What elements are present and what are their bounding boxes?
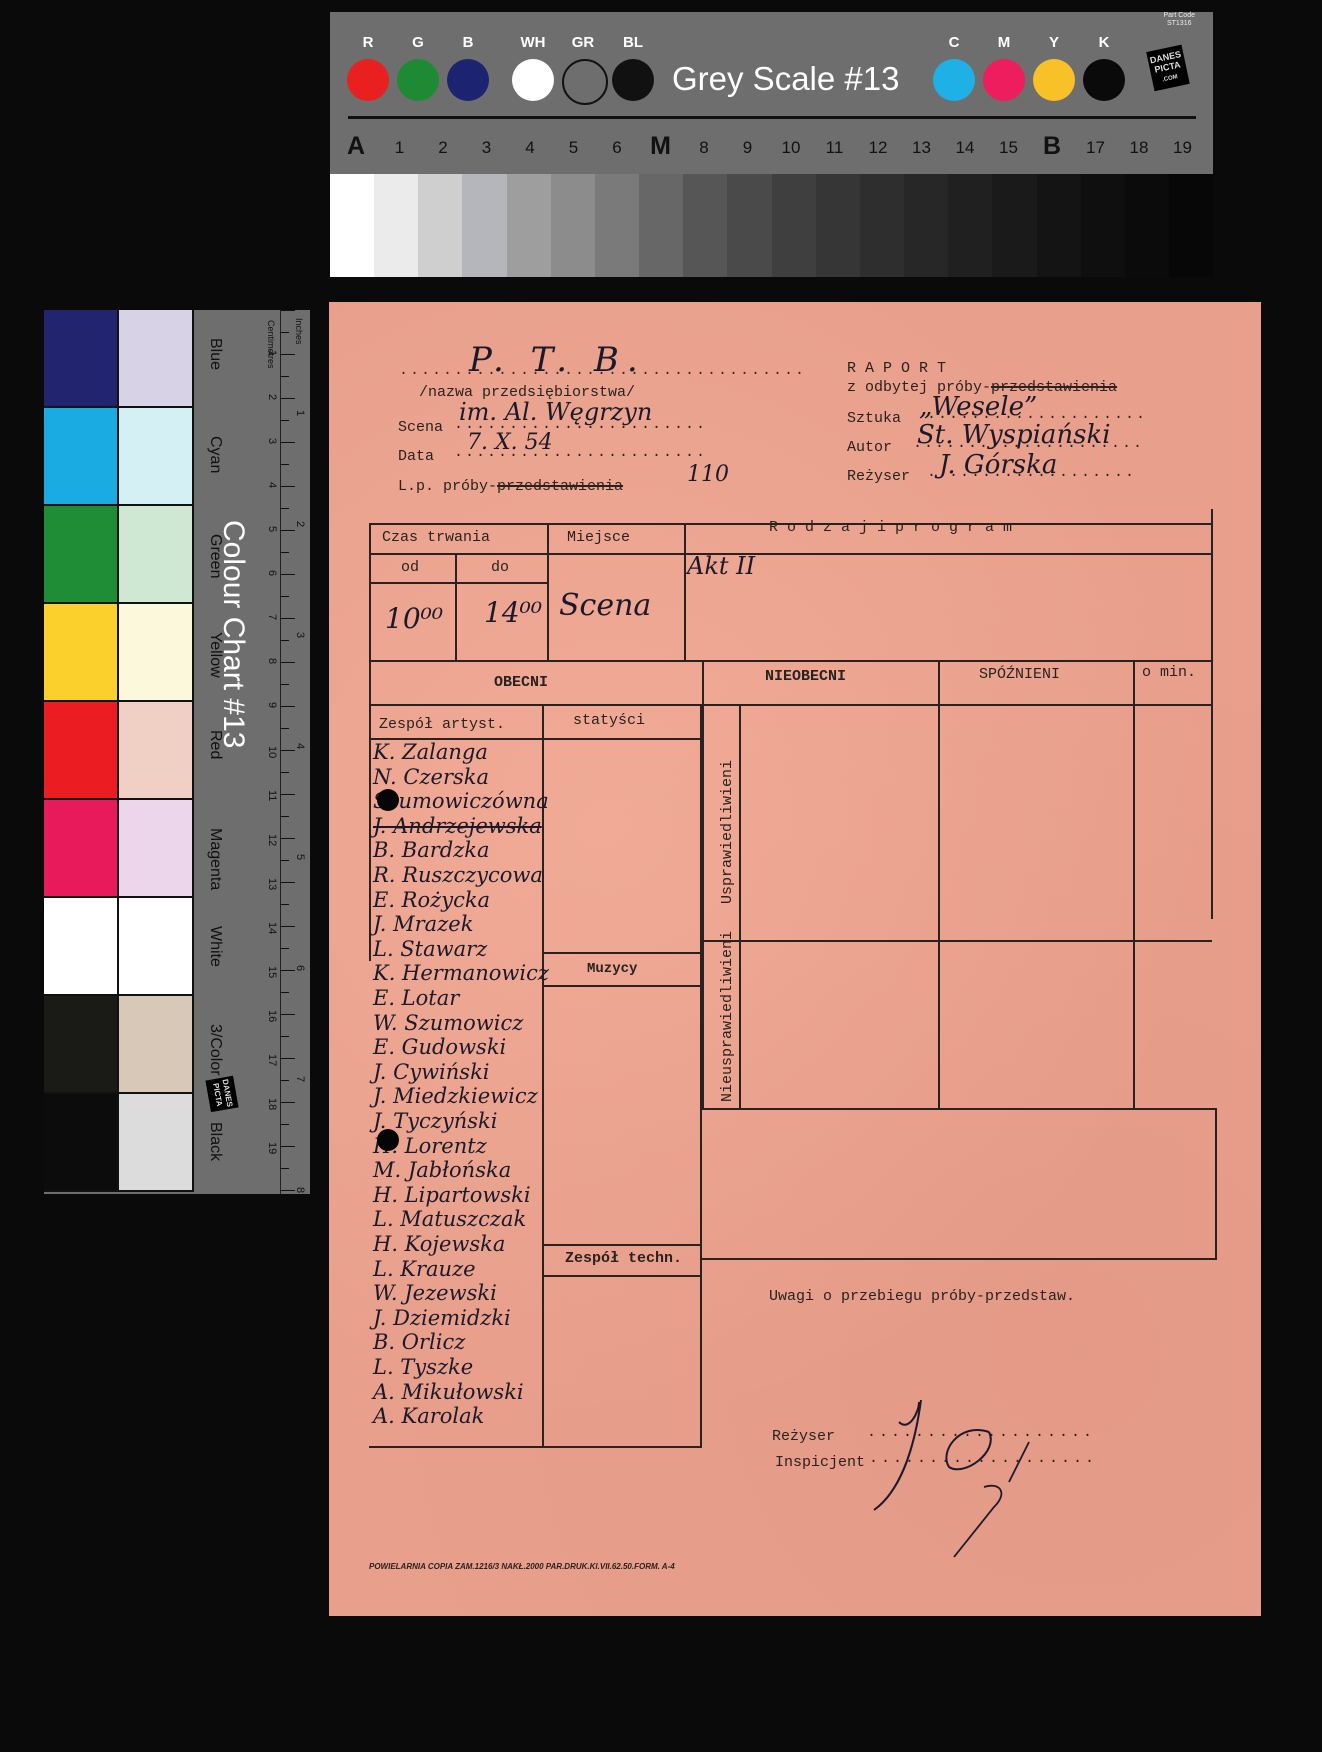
- data-value: 7. X. 54: [467, 430, 553, 455]
- patch-light: [119, 604, 194, 700]
- artist-name: J. Andrzejewska: [373, 814, 542, 838]
- artist-name: A. Mikułowski: [373, 1380, 524, 1404]
- artist-name: A. Karolak: [373, 1404, 484, 1428]
- swatch-m: [983, 59, 1025, 101]
- rezyser-value: J. Górska: [939, 450, 1057, 480]
- patch-dark: [44, 506, 119, 602]
- cm-tick: 8: [266, 658, 278, 664]
- artist-name: R. Ruszczycowa: [373, 863, 543, 887]
- colour-row-red: [44, 702, 194, 800]
- scale-step-label: 9: [730, 138, 766, 158]
- swatch-c: [933, 59, 975, 101]
- swatch-bl: [612, 59, 654, 101]
- swatch-label: GR: [563, 34, 603, 51]
- patch-light: [119, 702, 194, 798]
- colour-row-3-color: [44, 996, 194, 1094]
- do-header: do: [491, 559, 509, 576]
- punch-hole: [377, 789, 399, 811]
- patch-light: [119, 996, 194, 1092]
- patch-light: [119, 408, 194, 504]
- scale-step-label: 17: [1078, 138, 1114, 158]
- grey-step: [727, 174, 771, 277]
- grey-step: [462, 174, 506, 277]
- colour-name: Black: [194, 1122, 224, 1161]
- grey-step: [418, 174, 462, 277]
- cm-tick: 6: [266, 570, 278, 576]
- grey-scale-strip: [330, 174, 1213, 277]
- swatch-label: K: [1084, 34, 1124, 51]
- colour-chart-title: Colour Chart #13: [216, 520, 250, 748]
- swatch-label: B: [448, 34, 488, 51]
- patch-dark: [44, 898, 119, 994]
- nieobecni-header: NIEOBECNI: [765, 668, 846, 685]
- print-footer: POWIELARNIA COPIA ZAM.1216/3 NAKŁ.2000 P…: [369, 1562, 675, 1571]
- artist-name: J. Miedzkiewicz: [373, 1084, 538, 1108]
- colour-row-magenta: [44, 800, 194, 898]
- czas-trwania-header: Czas trwania: [382, 529, 490, 546]
- colour-name: White: [194, 926, 224, 967]
- dotted-line: .....................................: [399, 362, 806, 379]
- scale-step-label: M: [643, 132, 679, 161]
- cm-tick: 16: [266, 1010, 278, 1022]
- inch-tick: 3: [294, 632, 306, 638]
- punch-hole: [377, 1129, 399, 1151]
- artist-name: N. Czerska: [373, 765, 489, 789]
- do-value: 14⁰⁰: [484, 596, 542, 629]
- patch-dark: [44, 310, 119, 406]
- grey-step: [860, 174, 904, 277]
- artist-name: H. Lipartowski: [373, 1183, 531, 1207]
- obecni-header: OBECNI: [494, 674, 548, 691]
- swatch-k: [1083, 59, 1125, 101]
- grey-scale-title: Grey Scale #13: [672, 60, 899, 98]
- colour-name: Cyan: [194, 436, 224, 473]
- colour-row-blue: [44, 310, 194, 408]
- scena-label: Scena: [398, 419, 443, 436]
- scale-step-label: 3: [469, 138, 505, 158]
- zespol-artyst-header: Zespół artyst.: [379, 716, 505, 733]
- grey-step: [772, 174, 816, 277]
- swatch-b: [447, 59, 489, 101]
- part-code: Part CodeST1316: [1163, 12, 1195, 28]
- swatch-y: [1033, 59, 1075, 101]
- swatch-label: G: [398, 34, 438, 51]
- scale-step-label: 1: [382, 138, 418, 158]
- sztuka-label: Sztuka: [847, 410, 901, 427]
- patch-light: [119, 310, 194, 406]
- artist-name: M. Jabłońska: [373, 1158, 511, 1182]
- swatch-label: Y: [1034, 34, 1074, 51]
- scale-step-label: 18: [1121, 138, 1157, 158]
- artist-name: L. Krauze: [373, 1257, 476, 1281]
- usprawiedliwieni-label: Usprawiedliwieni: [719, 732, 736, 932]
- cm-tick: 10: [266, 746, 278, 758]
- scale-step-label: 2: [425, 138, 461, 158]
- scale-step-label: 14: [947, 138, 983, 158]
- divider: [348, 116, 1196, 119]
- scale-step-label: 5: [556, 138, 592, 158]
- grey-step: [992, 174, 1036, 277]
- cm-tick: 2: [266, 394, 278, 400]
- lp-label: L.p. próby-przedstawienia: [398, 478, 623, 495]
- scale-step-label: 19: [1165, 138, 1201, 158]
- grey-step: [1037, 174, 1081, 277]
- patch-light: [119, 506, 194, 602]
- scale-step-label: 4: [512, 138, 548, 158]
- artist-name: E. Rożycka: [373, 888, 490, 912]
- artist-name: W. Jezewski: [373, 1281, 497, 1305]
- scale-step-label: 8: [686, 138, 722, 158]
- o-min-header: o min.: [1142, 664, 1196, 681]
- scale-step-label: A: [338, 132, 374, 161]
- muzycy-header: Muzycy: [587, 961, 637, 977]
- colour-name: 3/Color: [194, 1024, 224, 1076]
- artist-name: H. Kojewska: [373, 1232, 505, 1256]
- artist-name: E. Gudowski: [373, 1035, 506, 1059]
- patch-light: [119, 800, 194, 896]
- colour-row-black: [44, 1094, 194, 1192]
- cm-tick: 9: [266, 702, 278, 708]
- od-header: od: [401, 559, 419, 576]
- inch-tick: 1: [294, 410, 306, 416]
- colour-row-white: [44, 898, 194, 996]
- cm-tick: 13: [266, 878, 278, 890]
- grey-step: [904, 174, 948, 277]
- artist-name: B. Orlicz: [373, 1330, 465, 1354]
- inch-tick: 6: [294, 965, 306, 971]
- scena-value: im. Al. Węgrzyn: [459, 398, 652, 426]
- inch-tick: 8: [294, 1187, 306, 1193]
- patch-dark: [44, 1094, 119, 1190]
- cm-tick: 11: [266, 790, 278, 801]
- grey-step: [595, 174, 639, 277]
- artist-name: K. Hermanowicz: [373, 961, 549, 985]
- patch-light: [119, 1094, 194, 1190]
- miejsce-header: Miejsce: [567, 529, 630, 546]
- lp-value: 110: [687, 462, 729, 487]
- patch-dark: [44, 800, 119, 896]
- signature-scribble: [869, 1392, 1049, 1562]
- inch-tick: 4: [294, 743, 306, 749]
- cm-tick: 14: [266, 922, 278, 934]
- cm-tick: 17: [266, 1054, 278, 1066]
- sign-inspicjent-label: Inspicjent: [775, 1454, 865, 1471]
- artist-name: L. Stawarz: [373, 937, 487, 961]
- danes-picta-logo: DANESPICTA.COM: [1146, 45, 1189, 92]
- zespol-techn-header: Zespół techn.: [565, 1250, 682, 1267]
- patch-dark: [44, 604, 119, 700]
- artist-name: L. Tyszke: [373, 1355, 473, 1379]
- autor-value: St. Wyspiański: [917, 420, 1111, 450]
- ruler: [280, 310, 311, 1194]
- artist-name: K. Zalanga: [373, 740, 488, 764]
- cm-tick: 5: [266, 526, 278, 532]
- grey-step: [1125, 174, 1169, 277]
- cm-tick: 12: [266, 834, 278, 846]
- grey-step: [639, 174, 683, 277]
- colour-name: Magenta: [194, 828, 224, 890]
- grey-step: [816, 174, 860, 277]
- grey-step: [948, 174, 992, 277]
- swatch-gr: [562, 59, 608, 105]
- grey-step: [330, 174, 374, 277]
- uwagi-label: Uwagi o przebiegu próby-przedstaw.: [769, 1288, 1075, 1305]
- cm-tick: 1: [266, 350, 278, 356]
- swatch-label: BL: [613, 34, 653, 51]
- cm-tick: 15: [266, 966, 278, 978]
- scale-step-label: 10: [773, 138, 809, 158]
- miejsce-value: Scena: [559, 588, 651, 623]
- swatch-label: R: [348, 34, 388, 51]
- artist-name: E. Lotar: [373, 986, 459, 1010]
- grey-step: [1081, 174, 1125, 277]
- swatch-wh: [512, 59, 554, 101]
- nieusprawiedliwieni-label: Nieusprawiedliwieni: [719, 962, 736, 1102]
- rehearsal-report-form: P. T. B. ...............................…: [329, 302, 1261, 1616]
- patch-dark: [44, 702, 119, 798]
- artist-name: J. Dziemidzki: [373, 1306, 511, 1330]
- scale-step-label: 11: [817, 138, 853, 158]
- artist-name: J. Mrazek: [373, 912, 473, 936]
- sign-rezyser-label: Reżyser: [772, 1428, 835, 1445]
- inch-tick: 2: [294, 521, 306, 527]
- artist-name: W. Szumowicz: [373, 1011, 523, 1035]
- swatch-g: [397, 59, 439, 101]
- grey-step: [683, 174, 727, 277]
- report-title: R A P O R T: [847, 360, 946, 377]
- scale-step-label: 6: [599, 138, 635, 158]
- program-header: R o d z a j i p r o g r a m: [769, 519, 1012, 536]
- patch-dark: [44, 408, 119, 504]
- patch-dark: [44, 996, 119, 1092]
- grey-step: [507, 174, 551, 277]
- data-label: Data: [398, 448, 434, 465]
- swatch-label: C: [934, 34, 974, 51]
- scale-step-label: 13: [904, 138, 940, 158]
- grey-step: [1169, 174, 1213, 277]
- artist-name: J. Cywiński: [373, 1060, 490, 1084]
- artist-name: B. Bardzka: [373, 838, 490, 862]
- colour-name: Blue: [194, 338, 224, 370]
- grey-step: [551, 174, 595, 277]
- grey-scale-card: Part CodeST1316 RGBWHGRBLCMYK Grey Scale…: [330, 12, 1213, 277]
- cm-tick: 3: [266, 438, 278, 444]
- artist-name: Szumowiczówna: [373, 789, 549, 813]
- colour-row-cyan: [44, 408, 194, 506]
- od-value: 10⁰⁰: [385, 602, 443, 635]
- grey-step: [374, 174, 418, 277]
- statysci-header: statyści: [573, 712, 645, 729]
- scale-step-label: B: [1034, 132, 1070, 161]
- colour-row-yellow: [44, 604, 194, 702]
- colour-chart-card: BlueCyanGreenYellowRedMagentaWhite3/Colo…: [44, 310, 310, 1194]
- cm-tick: 19: [266, 1142, 278, 1154]
- scale-step-label: 15: [991, 138, 1027, 158]
- cm-tick: 7: [266, 614, 278, 620]
- program-value: Akt II: [687, 552, 755, 580]
- swatch-r: [347, 59, 389, 101]
- cm-tick: 18: [266, 1098, 278, 1110]
- swatch-label: WH: [513, 34, 553, 51]
- inch-tick: 5: [294, 854, 306, 860]
- cm-tick: 4: [266, 482, 278, 488]
- danes-picta-logo-small: DANESPICTA: [205, 1076, 238, 1112]
- rezyser-label: Reżyser: [847, 468, 910, 485]
- sztuka-value: „Wesele”: [919, 392, 1037, 422]
- artist-name: L. Matuszczak: [373, 1207, 526, 1231]
- colour-row-green: [44, 506, 194, 604]
- scale-step-label: 12: [860, 138, 896, 158]
- patch-light: [119, 898, 194, 994]
- spoznieni-header: SPÓŹNIENI: [979, 666, 1060, 683]
- inch-tick: 7: [294, 1076, 306, 1082]
- swatch-label: M: [984, 34, 1024, 51]
- autor-label: Autor: [847, 439, 892, 456]
- centimetres-label: Centimetres: [266, 320, 276, 369]
